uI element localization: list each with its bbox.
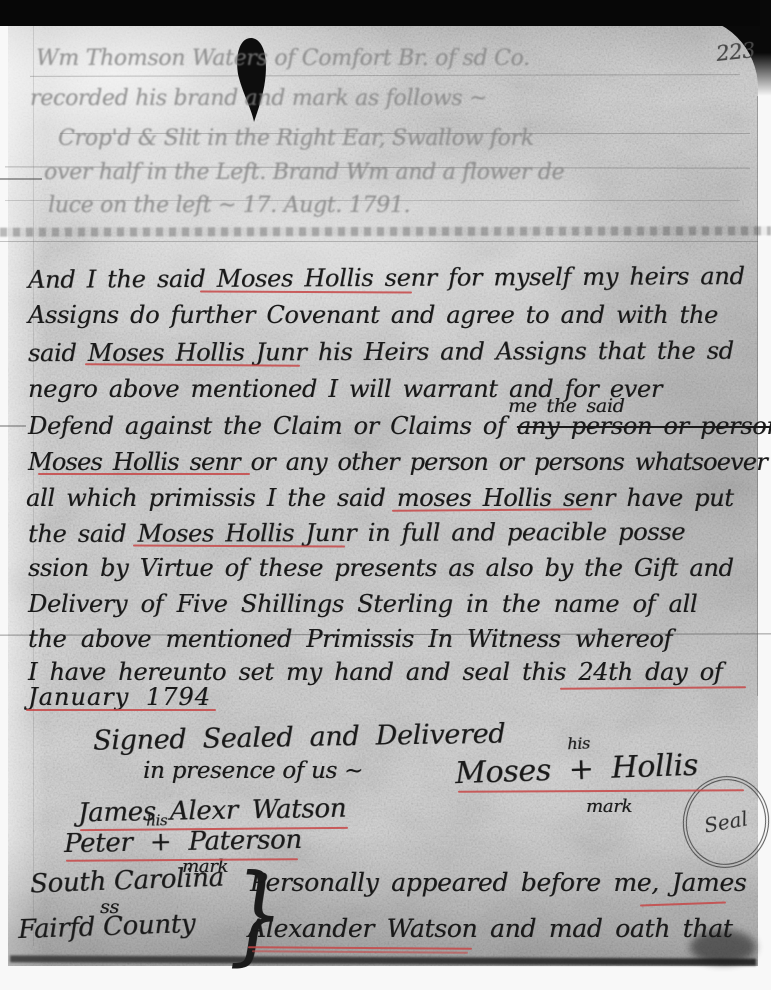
faded-line: luce on the left ~ 17. Augt. 1791. [48, 193, 410, 218]
faded-line: recorded his brand and mark as follows ~ [30, 86, 487, 111]
smudge-band [0, 226, 771, 236]
body-line: the said Moses Hollis Junr in full and p… [28, 518, 685, 548]
jurat-name-end: James [672, 868, 747, 897]
page-number: 223 [715, 38, 756, 66]
body-line: And I the said Moses Hollis senr for mys… [28, 262, 745, 294]
signature-first-name: Moses [454, 753, 551, 791]
seal-text: Seal [702, 806, 749, 837]
jurat-line: Personally appeared before me, James [250, 868, 746, 897]
jurat-name2: Alexander Watson [248, 914, 477, 943]
signature-his: his [567, 734, 590, 754]
body-line: Assigns do further Covenant and agree to… [28, 301, 718, 329]
body-line: the above mentioned Primissis In Witness… [28, 625, 672, 653]
ruled-line-fragment [0, 425, 26, 427]
jurat-county: Fairfd County [18, 909, 196, 945]
body-line: Defend against the Claim or Claims of an… [28, 412, 771, 440]
faded-line: over half in the Left. Brand Wm and a fl… [44, 160, 564, 185]
ruled-line [0, 241, 758, 242]
witness-signature: James Alexr Watson [78, 794, 347, 829]
scanned-deed-page: 223 Wm Thomson Waters of Comfort Br. of … [0, 0, 771, 990]
interlined-insertion: me the said [508, 395, 624, 417]
faded-line: Wm Thomson Waters of Comfort Br. of sd C… [36, 46, 530, 71]
jurat-line: Alexander Watson and mad oath that [248, 914, 733, 943]
red-underline [38, 473, 250, 475]
signature-last-name: Hollis [611, 748, 699, 786]
page-edge-line [757, 96, 758, 696]
body-line: Delivery of Five Shillings Sterling in t… [28, 590, 697, 618]
signature-mark-word: mark [586, 796, 632, 817]
jurat-oath-rest: and mad oath that [490, 914, 733, 943]
ruled-line-fragment [0, 178, 42, 180]
faded-line: Crop'd & Slit in the Right Ear, Swallow … [58, 126, 534, 151]
body-line5-prefix: Defend against the Claim or Claims of [28, 412, 517, 440]
witness2-mark-cross: + [149, 827, 171, 857]
attestation-line: in presence of us ~ [143, 758, 363, 784]
red-underline [26, 709, 216, 711]
body-line: all which primissis I the said moses Hol… [26, 484, 734, 512]
signature-mark-cross: + [568, 751, 594, 787]
body-line: Moses Hollis senr or any other person or… [28, 448, 767, 476]
scan-top-black-bar [0, 0, 760, 26]
body-line: January 1794 [28, 683, 211, 711]
body-line: ssion by Virtue of these presents as als… [28, 554, 734, 582]
witness2-his: his [146, 811, 168, 829]
jurat-appeared-text: Personally appeared before me, [250, 868, 659, 897]
body-line: I have hereunto set my hand and seal thi… [28, 658, 722, 686]
witness2-first-name: Peter [64, 828, 133, 859]
